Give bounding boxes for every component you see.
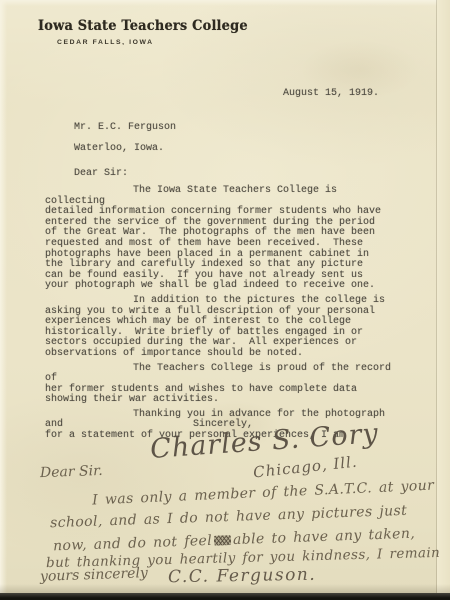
paper-edge-right-sliver <box>437 0 450 593</box>
body-paragraph-2: In addition to the pictures the college … <box>45 296 401 360</box>
letterhead-location: CEDAR FALLS, IOWA <box>57 39 154 46</box>
letter-body: The Iowa State Teachers College is colle… <box>45 186 401 446</box>
scan-background-band <box>0 593 450 600</box>
paper-edge-left <box>0 0 7 593</box>
body-paragraph-3: The Teachers College is proud of the rec… <box>45 364 401 406</box>
date-line: August 15, 1919. <box>283 88 379 99</box>
recipient-name: Mr. E.C. Ferguson <box>74 122 176 133</box>
letterhead-institution: Iowa State Teachers College <box>38 18 248 34</box>
salutation: Dear Sir: <box>74 168 128 179</box>
body-paragraph-1: The Iowa State Teachers College is colle… <box>45 186 401 292</box>
recipient-city: Waterloo, Iowa. <box>74 143 164 154</box>
scribbled-out-word <box>214 535 231 546</box>
handwritten-reply-salutation: Dear Sir. <box>40 463 103 481</box>
scanned-letter: Iowa State Teachers College CEDAR FALLS,… <box>0 0 450 600</box>
signature-cc-ferguson: C.C. Ferguson. <box>168 565 317 588</box>
paper-edge-top <box>0 0 450 6</box>
